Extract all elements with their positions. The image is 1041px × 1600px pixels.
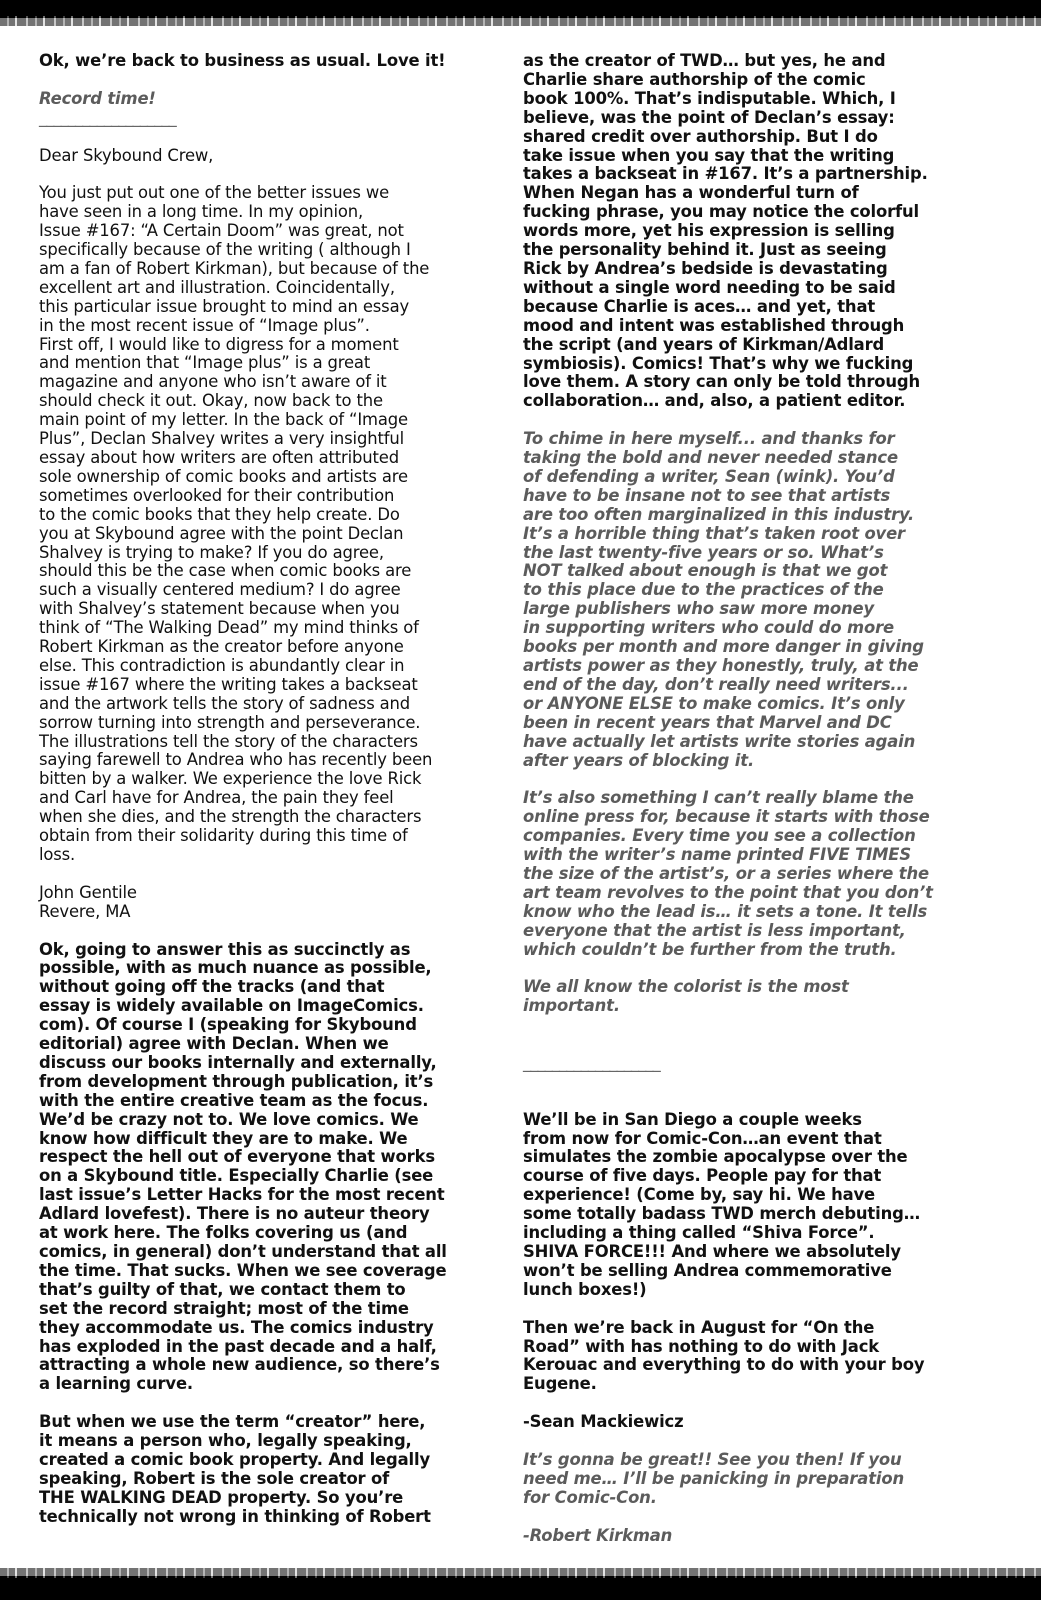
- kirkman-reply-paragraph: We all know the colorist is the most imp…: [523, 978, 993, 1016]
- kirkman-reply-paragraph: To chime in here myself... and thanks fo…: [523, 430, 993, 770]
- record-time-heading: Record time!: [39, 90, 509, 109]
- section-divider: ___________________: [39, 109, 509, 128]
- intro-line: Ok, we’re back to business as usual. Lov…: [39, 52, 509, 71]
- letter-salutation: Dear Skybound Crew,: [39, 147, 509, 166]
- section-divider: ___________________: [523, 1054, 993, 1073]
- letter-signature-name: John Gentile: [39, 884, 509, 903]
- comic-con-paragraph: We’ll be in San Diego a couple weeks fro…: [523, 1111, 993, 1300]
- right-column: as the creator of TWD… but yes, he and C…: [523, 52, 993, 1564]
- editor-reply-continued: as the creator of TWD… but yes, he and C…: [523, 52, 993, 411]
- signature-sean: -Sean Mackiewicz: [523, 1413, 993, 1432]
- torn-top-border: [0, 0, 1041, 18]
- kirkman-closing: It’s gonna be great!! See you then! If y…: [523, 1451, 993, 1508]
- letter-body: You just put out one of the better issue…: [39, 184, 509, 865]
- editor-reply-paragraph: Ok, going to answer this as succinctly a…: [39, 941, 509, 1395]
- signature-robert: -Robert Kirkman: [523, 1527, 993, 1546]
- torn-bottom-border: [0, 1576, 1041, 1600]
- editor-reply-paragraph: But when we use the term “creator” here,…: [39, 1413, 509, 1526]
- kirkman-reply-paragraph: It’s also something I can’t really blame…: [523, 789, 993, 959]
- left-column: Ok, we’re back to business as usual. Lov…: [39, 52, 509, 1545]
- letter-signature-location: Revere, MA: [39, 903, 509, 922]
- august-paragraph: Then we’re back in August for “On the Ro…: [523, 1319, 993, 1395]
